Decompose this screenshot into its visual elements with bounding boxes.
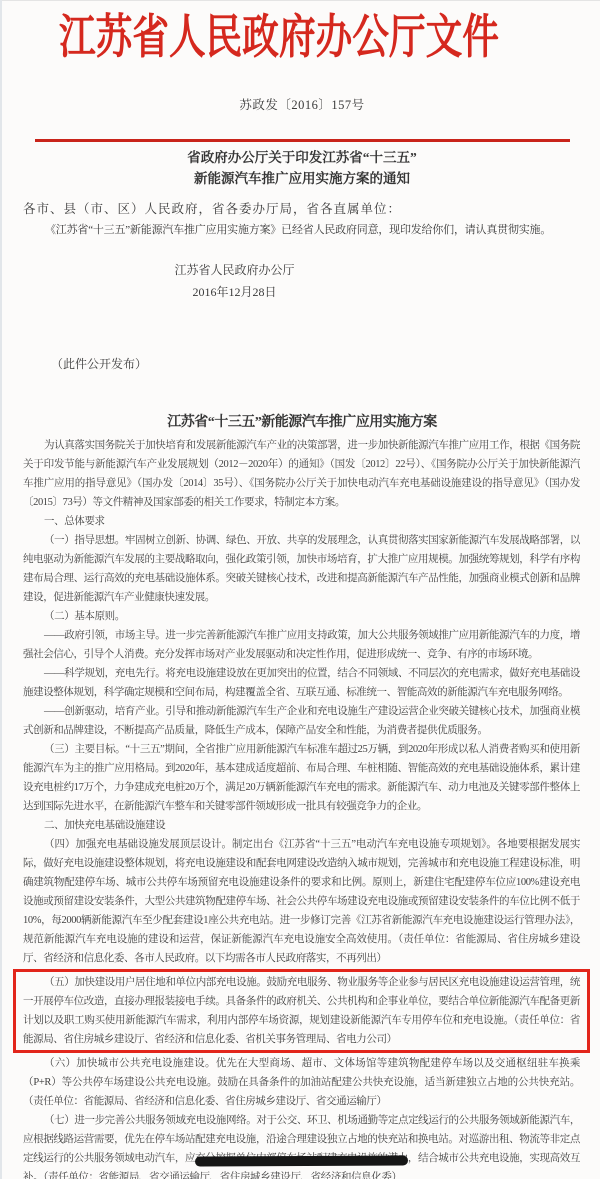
notice-body-paragraph: 《江苏省“十三五”新能源汽车推广应用实施方案》已经省人民政府同意，现印发给你们，…: [23, 221, 578, 237]
paragraph-item-seven: （七）进一步完善公共服务领域充电设施网络。对于公交、环卫、机场通勤等定点定线运行…: [23, 1111, 580, 1179]
paragraph-guiding-thought: （一）指导思想。牢固树立创新、协调、绿色、开放、共享的发展理念，认真贯彻落实国家…: [23, 531, 580, 607]
plan-preamble: 为认真落实国务院关于加快培育和发展新能源汽车产业的决策部署，进一步加快新能源汽车…: [23, 436, 580, 512]
highlighted-paragraph-item-five: （五）加快建设用户居住地和单位内部充电设施。鼓励充电服务、物业服务等企业参与居民…: [13, 969, 590, 1053]
dash-item-innovation-drive: ——创新驱动，培育产业。引导和推动新能源汽车生产企业和充电设施生产建设运营企业突…: [23, 702, 580, 740]
notice-title-line2: 新能源汽车推广应用实施方案的通知: [2, 168, 600, 189]
issue-date: 2016年12月28日: [2, 281, 467, 303]
document-number: 苏政发〔2016〕157号: [2, 95, 600, 113]
plan-body: 为认真落实国务院关于加快培育和发展新能源汽车产业的决策部署，进一步加快新能源汽车…: [23, 436, 580, 1179]
letterhead-title: 江苏省人民政府办公厅文件: [59, 10, 499, 66]
public-release-note: （此件公开发布）: [23, 355, 147, 372]
paragraph-item-four: （四）加强充电基础设施发展顶层设计。制定出台《江苏省“十三五”电动汽车充电设施专…: [23, 835, 580, 968]
plan-title: 江苏省“十三五”新能源汽车推广应用实施方案: [2, 411, 600, 431]
recipients-line: 各市、县（市、区）人民政府，省各委办厅局，省各直属单位：: [23, 199, 582, 217]
paragraph-main-goals: （三）主要目标。“十三五”期间，全省推广应用新能源汽车标准车超过25万辆，到20…: [23, 740, 580, 816]
redaction-mark: [195, 1155, 408, 1166]
red-divider-line: [35, 139, 570, 142]
notice-title: 省政府办公厅关于印发江苏省“十三五” 新能源汽车推广应用实施方案的通知: [2, 147, 600, 189]
paragraph-basic-principles: （二）基本原则。: [23, 607, 580, 626]
section-heading-2: 二、加快充电基础设施建设: [23, 816, 580, 835]
issuing-office: 江苏省人民政府办公厅: [2, 259, 467, 281]
dash-item-planning-first: ——科学规划，充电先行。将充电设施建设放在更加突出的位置，结合不同领域、不同层次…: [23, 664, 580, 702]
paragraph-item-six: （六）加快城市公共充电设施建设。优先在大型商场、超市、文体场馆等建筑物配建停车场…: [23, 1054, 580, 1111]
signature-block: 江苏省人民政府办公厅 2016年12月28日: [2, 259, 467, 303]
document-page: 江苏省人民政府办公厅文件 苏政发〔2016〕157号 省政府办公厅关于印发江苏省…: [0, 0, 600, 1179]
section-heading-1: 一、总体要求: [23, 512, 580, 531]
notice-title-line1: 省政府办公厅关于印发江苏省“十三五”: [2, 147, 600, 168]
dash-item-government-lead: ——政府引领，市场主导。进一步完善新能源汽车推广应用支持政策，加大公共服务领域推…: [23, 626, 580, 664]
